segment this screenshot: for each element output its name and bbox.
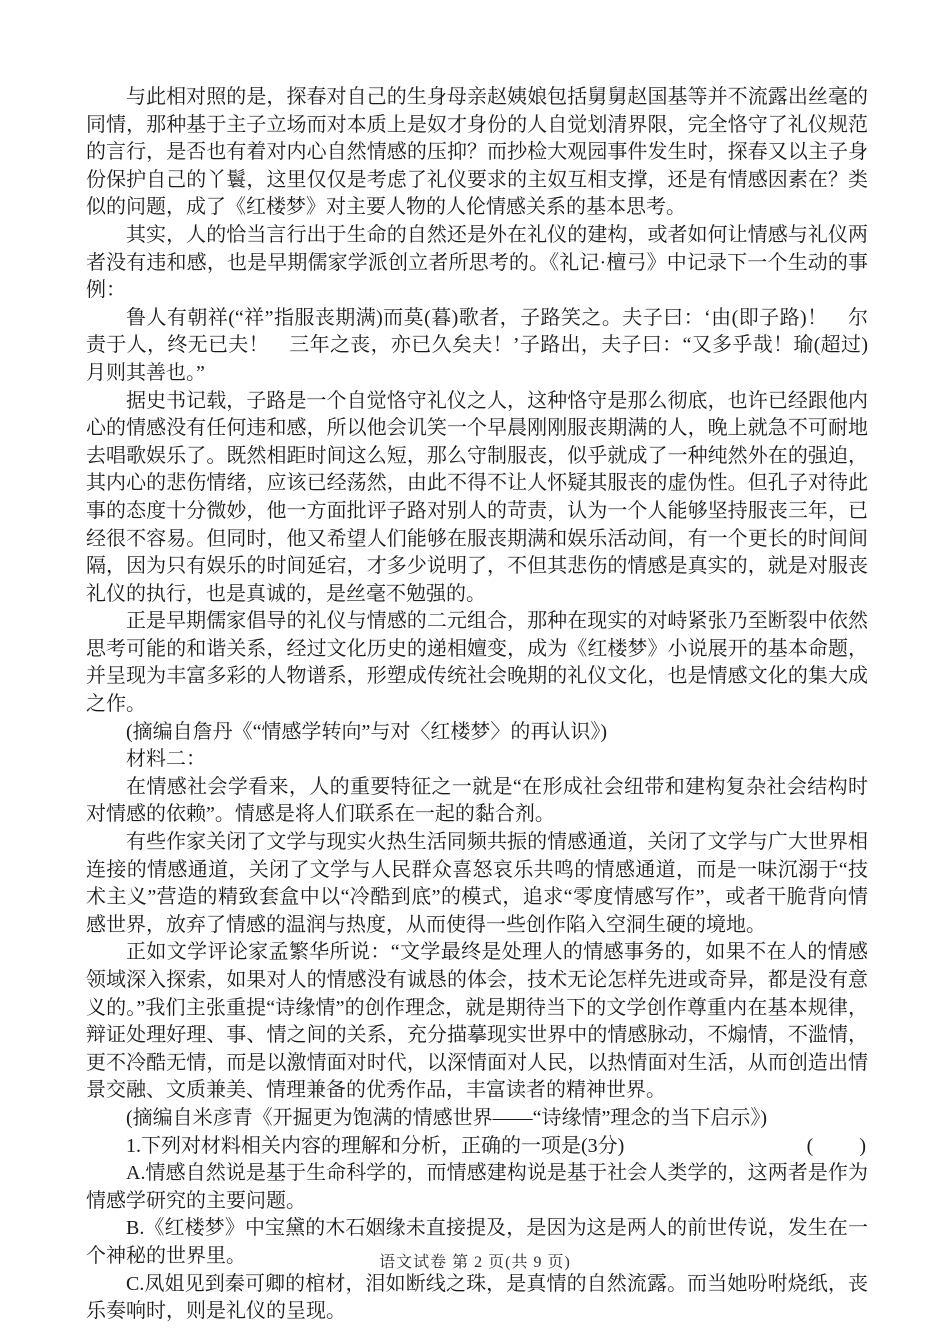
material1-source-attribution: (摘编自詹丹《“情感学转向”与对〈红楼梦〉的再认识》) (86, 719, 868, 747)
answer-bracket: ( ) (807, 1133, 868, 1161)
material1-paragraph-tanchun: 与此相对照的是，探春对自己的生身母亲赵姨娘包括舅舅赵国基等并不流露出丝毫的同情，… (86, 84, 868, 222)
material1-paragraph-conclusion: 正是早期儒家倡导的礼仪与情感的二元组合，那种在现实的对峙紧张乃至断裂中依然思考可… (86, 608, 868, 718)
material1-paragraph-luren-quote: 鲁人有朝祥(“祥”指服丧期满)而莫(暮)歌者，子路笑之。夫子曰：‘由(即子路)！… (86, 305, 868, 388)
page-footer: 语文试卷 第 2 页(共 9 页) (0, 1252, 950, 1274)
question-1-option-c: C.凤姐见到秦可卿的棺材，泪如断线之珠，是真情的自然流露。而当她吩咐烧纸，丧乐奏… (86, 1271, 868, 1326)
material2-heading: 材料二： (86, 746, 868, 774)
material2-source-attribution: (摘编自米彦青《开掘更为饱满的情感世界——“诗缘情”理念的当下启示》) (86, 1105, 868, 1133)
material1-paragraph-zilu: 据史书记载，子路是一个自觉恪守礼仪之人，这种恪守是那么彻底，也许已经跟他内心的情… (86, 388, 868, 609)
material1-paragraph-liji-intro: 其实，人的恰当言行出于生命的自然还是外在礼仪的建构，或者如何让情感与礼仪两者没有… (86, 222, 868, 305)
material2-paragraph-writers: 有些作家关闭了文学与现实火热生活同频共振的情感通道，关闭了文学与广大世界相连接的… (86, 829, 868, 939)
material2-paragraph-sociology: 在情感社会学看来，人的重要特征之一就是“在形成社会纽带和建构复杂社会结构时对情感… (86, 774, 868, 829)
question-1-stem: 1.下列对材料相关内容的理解和分析，正确的一项是(3分) (126, 1135, 624, 1157)
exam-paper-page: 与此相对照的是，探春对自己的生身母亲赵姨娘包括舅舅赵国基等并不流露出丝毫的同情，… (0, 0, 950, 1344)
question-1: ( ) 1.下列对材料相关内容的理解和分析，正确的一项是(3分) (86, 1133, 868, 1161)
material2-paragraph-mengfanhua: 正如文学评论家孟繁华所说：“文学最终是处理人的情感事务的，如果不在人的情感领域深… (86, 939, 868, 1105)
page-text-block: 与此相对照的是，探春对自己的生身母亲赵姨娘包括舅舅赵国基等并不流露出丝毫的同情，… (86, 84, 868, 1326)
question-1-option-a: A.情感自然说是基于生命科学的，而情感建构说是基于社会人类学的，这两者是作为情感… (86, 1160, 868, 1215)
